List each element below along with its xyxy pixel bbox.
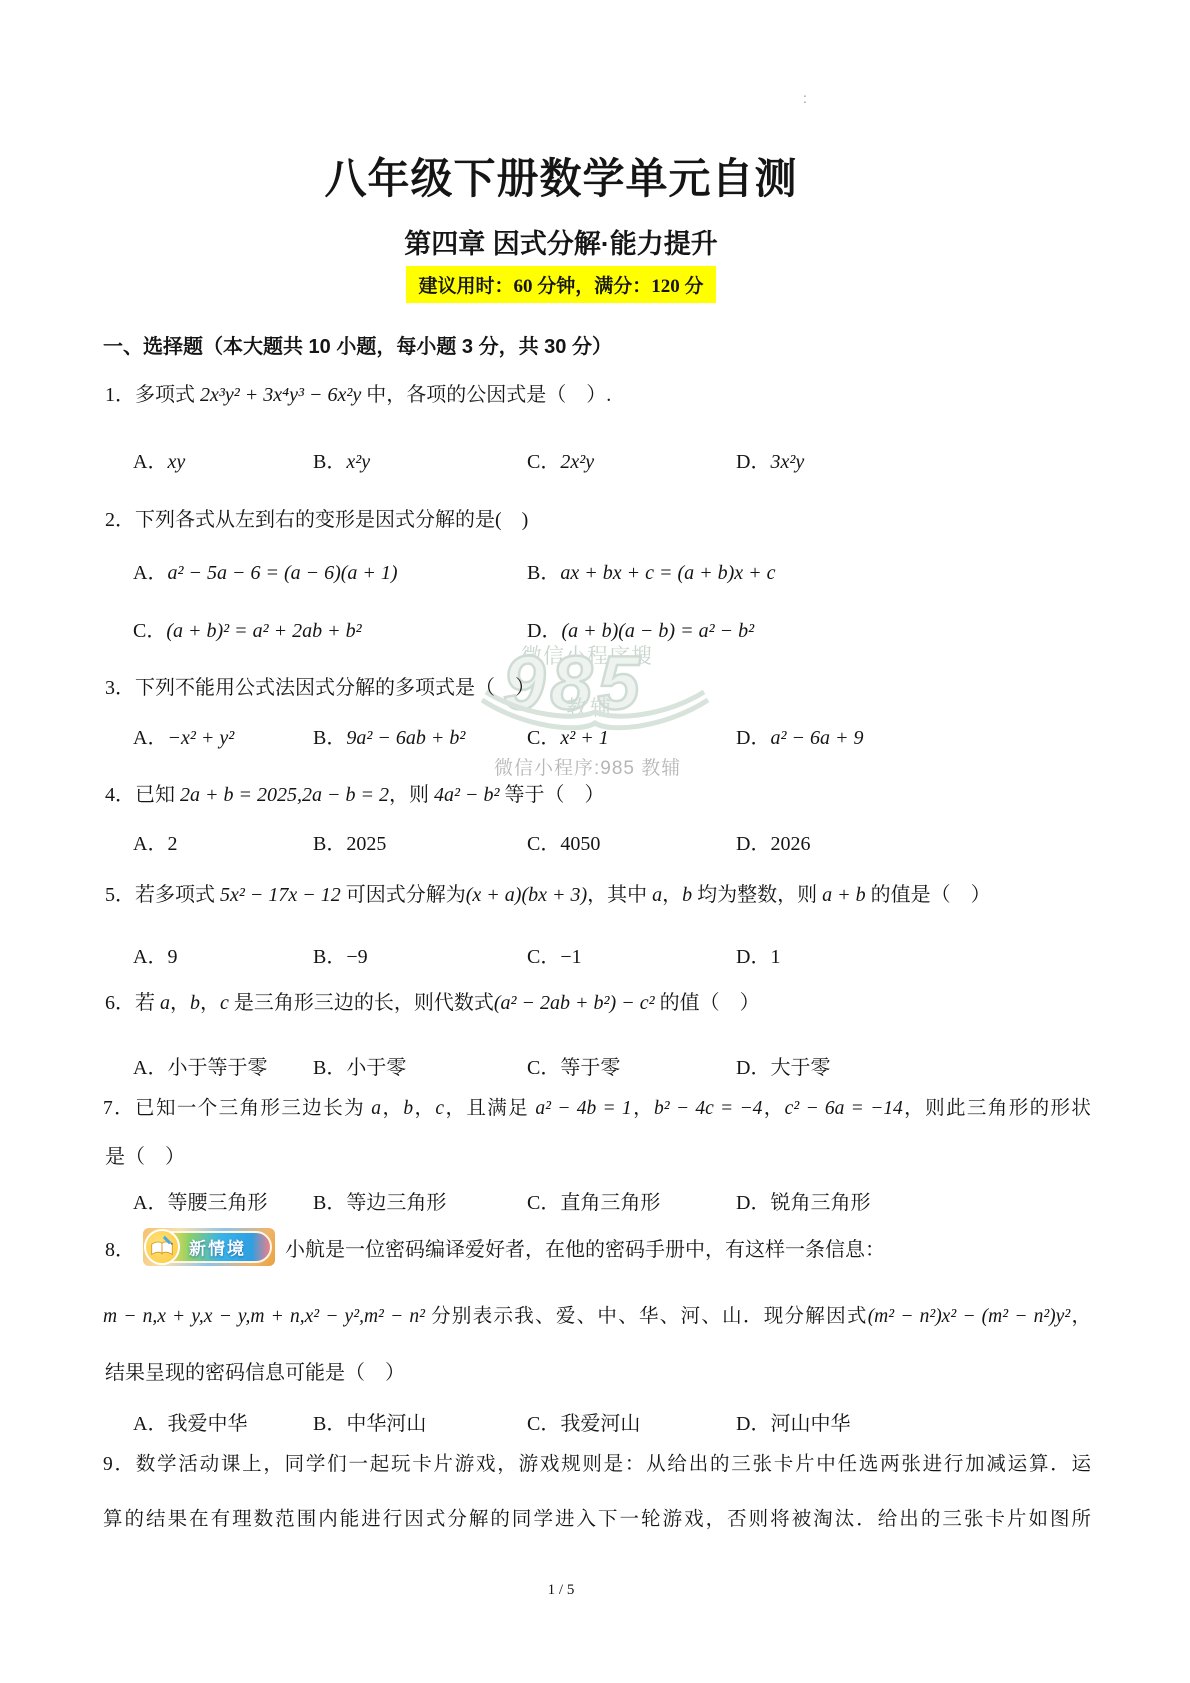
option-d: D．a² − 6a + 9	[736, 721, 863, 750]
option-b: B．等边三角形	[313, 1186, 446, 1215]
option-b: B．中华河山	[313, 1407, 426, 1436]
page-number: 1 / 5	[0, 1582, 1122, 1599]
option-b: B．ax + bx + c = (a + b)x + c	[527, 556, 776, 585]
option-b: B．−9	[313, 940, 368, 969]
option-d: D．锐角三角形	[736, 1186, 870, 1215]
question-4-stem: 4．已知 2a + b = 2025,2a − b = 2，则 4a² − b²…	[105, 778, 604, 807]
question-8-intro: 小航是一位密码编译爱好者，在他的密码手册中，有这样一条信息：	[285, 1233, 885, 1262]
question-9-stem-line1: 9．数学活动课上，同学们一起玩卡片游戏，游戏规则是：从给出的三张卡片中任选两张进…	[103, 1448, 1091, 1476]
option-c: C．x² + 1	[527, 721, 609, 750]
option-a: A．2	[133, 827, 177, 856]
option-d: D．大于零	[736, 1051, 830, 1080]
option-a: A．xy	[133, 445, 185, 474]
option-d: D．1	[736, 940, 780, 969]
question-7-stem-line1: 7．已知一个三角形三边长为 a，b，c，且满足 a² − 4b = 1，b² −…	[103, 1092, 1091, 1120]
option-b: B．2025	[313, 827, 386, 856]
question-7-stem-line2: 是（ ）	[105, 1140, 185, 1169]
option-d: D．河山中华	[736, 1407, 850, 1436]
option-c: C．4050	[527, 827, 600, 856]
question-1-stem: 1．多项式 2x³y² + 3x⁴y³ − 6x²y 中，各项的公因式是（ ）.	[105, 378, 611, 407]
page-subtitle: 第四章 因式分解·能力提升	[0, 222, 1122, 261]
option-c: C．我爱河山	[527, 1407, 640, 1436]
option-a: A．小于等于零	[133, 1051, 267, 1080]
question-5-options: A．9 B．−9 C．−1 D．1	[0, 940, 1190, 968]
option-d: D．2026	[736, 827, 810, 856]
option-b: B．9a² − 6ab + b²	[313, 721, 465, 750]
question-5-stem: 5．若多项式 5x² − 17x − 12 可因式分解为(x + a)(bx +…	[105, 878, 991, 907]
question-3-options: A．−x² + y² B．9a² − 6ab + b² C．x² + 1 D．a…	[0, 721, 1190, 749]
question-9-stem-line2: 算的结果在有理数范围内能进行因式分解的同学进入下一轮游戏，否则将被淘汰．给出的三…	[103, 1503, 1091, 1531]
option-b: B．小于零	[313, 1051, 406, 1080]
option-a: A．等腰三角形	[133, 1186, 267, 1215]
stray-mark: :	[803, 90, 807, 106]
option-a: A．a² − 5a − 6 = (a − 6)(a + 1)	[133, 556, 398, 585]
question-2-stem: 2．下列各式从左到右的变形是因式分解的是( )	[105, 503, 528, 532]
question-8-line2: m − n,x + y,x − y,m + n,x² − y²,m² − n² …	[103, 1300, 1091, 1328]
option-c: C．2x²y	[527, 445, 594, 474]
test-paper-page: 微信小程序搜 985 教辅 微信小程序:985 教辅 : 八年级下册数学单元自测…	[0, 0, 1190, 1683]
book-pencil-icon	[144, 1229, 180, 1265]
question-6-options: A．小于等于零 B．小于零 C．等于零 D．大于零	[0, 1051, 1190, 1079]
question-1-options: A．xy B．x²y C．2x²y D．3x²y	[0, 445, 1190, 473]
badge-label: 新情境	[189, 1235, 246, 1260]
new-scenario-badge: 新情境	[143, 1228, 275, 1266]
question-6-stem: 6．若 a，b，c 是三角形三边的长，则代数式(a² − 2ab + b²) −…	[105, 986, 760, 1015]
question-8-line3: 结果呈现的密码信息可能是（ ）	[105, 1356, 405, 1385]
question-8-number: 8．	[105, 1233, 135, 1262]
option-a: A．我爱中华	[133, 1407, 247, 1436]
question-2-options-row2: C．(a + b)² = a² + 2ab + b² D．(a + b)(a −…	[0, 614, 1190, 642]
option-a: A．9	[133, 940, 177, 969]
page-title: 八年级下册数学单元自测	[0, 146, 1122, 206]
section-heading: 一、选择题（本大题共 10 小题，每小题 3 分，共 30 分）	[103, 330, 612, 359]
question-2-options-row1: A．a² − 5a − 6 = (a − 6)(a + 1) B．ax + bx…	[0, 556, 1190, 584]
question-8-stem: 8． 新情境 小航是一位密码编译爱好者，在他的密码手册中，有这样一条信息：	[105, 1228, 885, 1266]
option-c: C．−1	[527, 940, 582, 969]
question-3-stem: 3．下列不能用公式法因式分解的多项式是（ ）	[105, 671, 535, 700]
option-d: D．(a + b)(a − b) = a² − b²	[527, 614, 754, 643]
time-note: 建议用时：60 分钟，满分：120 分	[406, 266, 715, 303]
question-8-options: A．我爱中华 B．中华河山 C．我爱河山 D．河山中华	[0, 1407, 1190, 1435]
option-c: C．等于零	[527, 1051, 620, 1080]
option-c: C．(a + b)² = a² + 2ab + b²	[133, 614, 362, 643]
question-7-options: A．等腰三角形 B．等边三角形 C．直角三角形 D．锐角三角形	[0, 1186, 1190, 1214]
watermark-program-line: 微信小程序:985 教辅	[494, 753, 681, 780]
time-note-row: 建议用时：60 分钟，满分：120 分	[0, 266, 1122, 303]
option-c: C．直角三角形	[527, 1186, 660, 1215]
option-d: D．3x²y	[736, 445, 804, 474]
option-a: A．−x² + y²	[133, 721, 234, 750]
option-b: B．x²y	[313, 445, 370, 474]
question-4-options: A．2 B．2025 C．4050 D．2026	[0, 827, 1190, 855]
